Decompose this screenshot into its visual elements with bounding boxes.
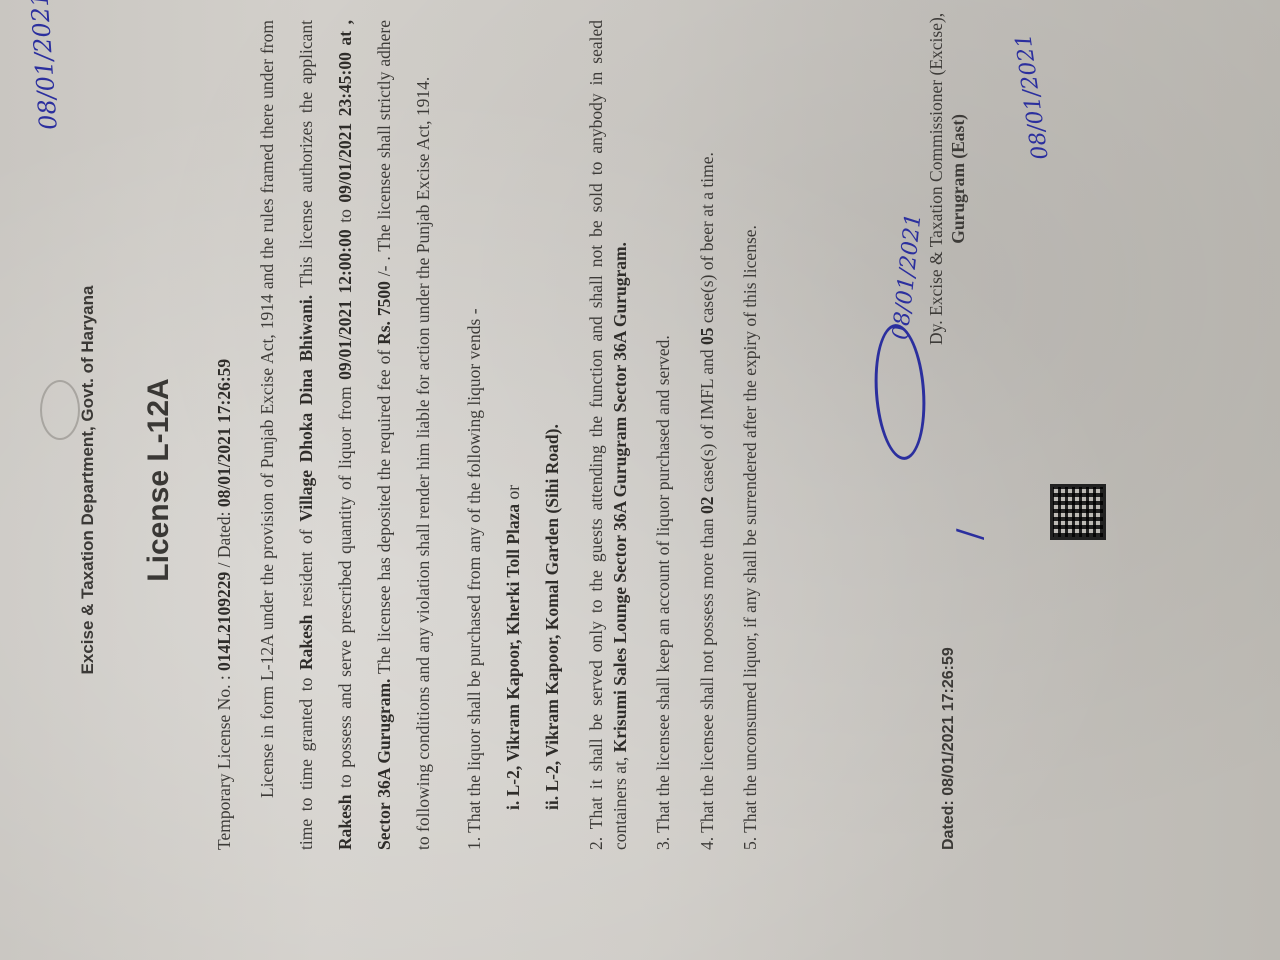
condition-4: 4. That the licensee shall not possess m… — [695, 20, 719, 850]
imfl-cases: 02 — [697, 497, 717, 515]
license-fee: Rs. 7500 — [374, 281, 394, 345]
license-body: Temporary License No. : 014L2109229 / Da… — [205, 20, 770, 850]
department-header: Excise & Taxation Department, Govt. of H… — [78, 0, 98, 960]
signatory-block: Dy. Excise & Taxation Commissioner (Exci… — [925, 13, 969, 345]
vendor-name: L-2, Vikram Kapoor, Kherki Toll Plaza — [503, 504, 523, 797]
license-number: 014L2109229 — [214, 572, 234, 671]
handwritten-signature-loop — [870, 322, 929, 461]
qr-code-icon — [1050, 484, 1106, 540]
condition-3: 3. That the licensee shall keep an accou… — [644, 20, 683, 850]
beer-cases: 05 — [697, 328, 717, 346]
signatory-title: Dy. Excise & Taxation Commissioner (Exci… — [925, 13, 947, 345]
condition-text: case(s) of IMFL and — [697, 345, 717, 496]
license-document: Excise & Taxation Department, Govt. of H… — [0, 0, 1280, 960]
haryana-emblem-icon — [40, 380, 80, 440]
license-date: 08/01/2021 17:26:59 — [214, 359, 234, 507]
signatory-office: Gurugram (East) — [947, 13, 969, 345]
condition-5: 5. That the unconsumed liquor, if any sh… — [731, 20, 770, 850]
para-text: The licensee has deposited the required … — [374, 345, 394, 679]
license-number-label: Temporary License No. : — [214, 671, 234, 850]
para-text: to possess and serve prescribed quantity… — [335, 380, 355, 795]
grantee-name: Rakesh — [296, 615, 316, 670]
license-title: License L-12A — [142, 0, 176, 960]
dated-label: / Dated: — [214, 507, 234, 572]
para-text: resident of — [296, 522, 316, 615]
vendor-suffix: or — [503, 485, 523, 504]
para-text: to — [335, 203, 355, 230]
condition-text: case(s) of beer at a time. — [697, 152, 717, 327]
grantee-residence: Village Dhoka Dina Bhiwani. — [296, 295, 316, 522]
para-text: This license authorizes the applicant — [296, 20, 316, 295]
vendor-name: L-2, Vikram Kapoor, Komal Garden (Sihi R… — [542, 424, 562, 791]
vendor-index: i. — [503, 796, 523, 810]
applicant-name: Rakesh — [335, 795, 355, 850]
ink-stroke: / — [950, 529, 990, 540]
license-number-line: Temporary License No. : 014L2109229 / Da… — [205, 20, 244, 850]
valid-from: 09/01/2021 12:00:00 — [335, 229, 355, 379]
vendor-index: ii. — [542, 792, 562, 810]
footer-date-label: Dated: — [940, 796, 957, 850]
handwritten-date-center: 08/01/2021 — [888, 212, 926, 341]
condition-2: 2. That it shall be served only to the g… — [584, 20, 632, 850]
condition-1: 1. That the liquor shall be purchased fr… — [455, 20, 494, 850]
handwritten-date-top-right: 08/01/2021 — [25, 0, 63, 131]
vendor-item: ii. L-2, Vikram Kapoor, Komal Garden (Si… — [533, 20, 572, 850]
license-paragraph: License in form L-12A under the provisio… — [248, 20, 443, 850]
footer-date: Dated: 08/01/2021 17:26:59 — [940, 647, 958, 850]
vendor-item: i. L-2, Vikram Kapoor, Kherki Toll Plaza… — [494, 20, 533, 850]
footer-date-value: 08/01/2021 17:26:59 — [940, 647, 957, 796]
venue: Krisumi Sales Lounge Sector 36A Gurugram… — [610, 242, 630, 752]
condition-text: 4. That the licensee shall not possess m… — [697, 514, 717, 850]
handwritten-date-bottom-right: 08/01/2021 — [1011, 32, 1053, 161]
